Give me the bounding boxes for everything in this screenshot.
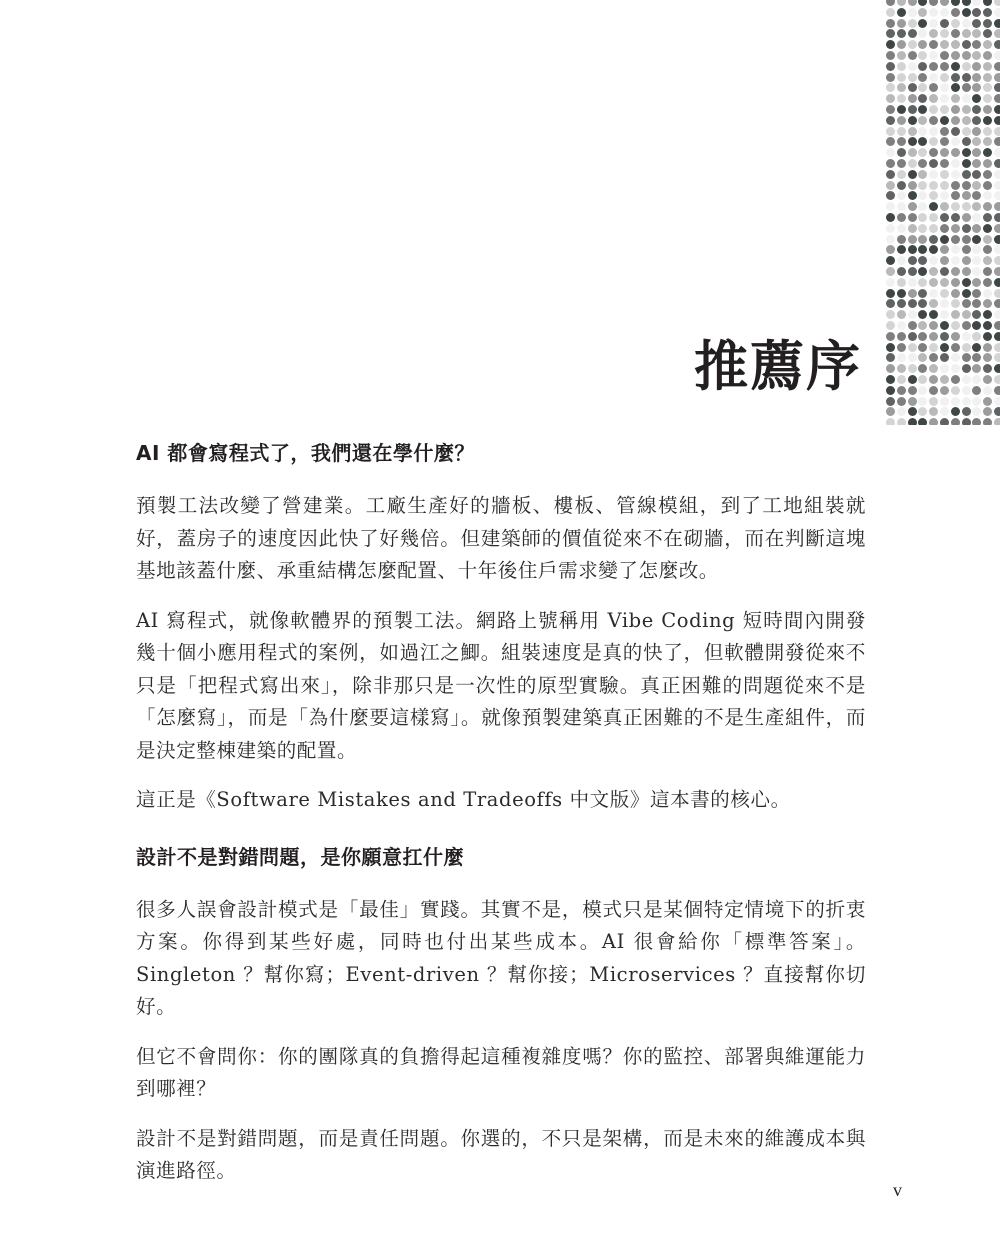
dot xyxy=(940,245,949,254)
dot xyxy=(918,94,927,103)
dot xyxy=(918,170,927,179)
dot xyxy=(897,8,906,17)
dot xyxy=(994,224,1000,233)
dot xyxy=(972,83,981,92)
dot xyxy=(918,181,927,190)
dot xyxy=(908,127,917,136)
dot xyxy=(972,148,981,157)
dot xyxy=(908,321,917,330)
dot xyxy=(951,83,960,92)
dot xyxy=(983,235,992,244)
dot xyxy=(886,116,895,125)
dot xyxy=(929,116,938,125)
dot xyxy=(983,375,992,384)
dot xyxy=(886,213,895,222)
dot xyxy=(962,224,971,233)
dot xyxy=(972,19,981,28)
dot xyxy=(994,278,1000,287)
dot xyxy=(908,397,917,406)
dot xyxy=(994,116,1000,125)
dot xyxy=(994,299,1000,308)
dot xyxy=(962,116,971,125)
dot xyxy=(908,375,917,384)
dot xyxy=(994,386,1000,395)
dot xyxy=(962,181,971,190)
dot xyxy=(994,202,1000,211)
dot xyxy=(983,418,992,425)
dot xyxy=(983,343,992,352)
dot xyxy=(951,40,960,49)
dot xyxy=(951,148,960,157)
dot xyxy=(929,375,938,384)
dot xyxy=(918,40,927,49)
dot xyxy=(929,127,938,136)
dot xyxy=(951,62,960,71)
dot xyxy=(886,0,895,6)
dot xyxy=(886,51,895,60)
dot xyxy=(951,235,960,244)
page-number: v xyxy=(893,1180,902,1201)
paragraph: 但它不會問你：你的團隊真的負擔得起這種複雜度嗎？你的監控、部署與維運能力到哪裡？ xyxy=(136,1041,866,1106)
dot xyxy=(929,353,938,362)
dot xyxy=(918,299,927,308)
dot xyxy=(940,127,949,136)
dot xyxy=(962,73,971,82)
dot xyxy=(886,127,895,136)
dot xyxy=(886,181,895,190)
dot xyxy=(940,310,949,319)
dot xyxy=(886,256,895,265)
dot xyxy=(951,224,960,233)
dot xyxy=(929,310,938,319)
dot xyxy=(918,321,927,330)
dot xyxy=(886,148,895,157)
dot xyxy=(962,418,971,425)
dot xyxy=(962,51,971,60)
dot xyxy=(897,397,906,406)
dot xyxy=(983,202,992,211)
dot xyxy=(908,310,917,319)
dot xyxy=(886,202,895,211)
dot xyxy=(940,407,949,416)
dot xyxy=(929,202,938,211)
dot xyxy=(994,181,1000,190)
dot xyxy=(897,407,906,416)
dot xyxy=(994,407,1000,416)
section-divider xyxy=(136,834,866,842)
dot xyxy=(983,127,992,136)
dot xyxy=(929,245,938,254)
dot xyxy=(994,213,1000,222)
dot xyxy=(886,19,895,28)
dot xyxy=(983,224,992,233)
dot xyxy=(908,353,917,362)
dot xyxy=(908,407,917,416)
dot xyxy=(929,170,938,179)
dot xyxy=(897,105,906,114)
dot xyxy=(983,29,992,38)
dot xyxy=(994,375,1000,384)
dot xyxy=(897,0,906,6)
dot xyxy=(983,310,992,319)
dot xyxy=(940,202,949,211)
dot xyxy=(918,364,927,373)
dot xyxy=(886,343,895,352)
dot xyxy=(972,0,981,6)
dot xyxy=(940,289,949,298)
dot xyxy=(962,19,971,28)
dot xyxy=(962,40,971,49)
dot xyxy=(951,321,960,330)
dot xyxy=(972,289,981,298)
dot xyxy=(897,299,906,308)
dot xyxy=(951,170,960,179)
dot xyxy=(918,116,927,125)
dot xyxy=(972,397,981,406)
dot xyxy=(972,170,981,179)
dot xyxy=(918,375,927,384)
dot xyxy=(994,148,1000,157)
dot xyxy=(962,407,971,416)
dot xyxy=(983,105,992,114)
dot xyxy=(897,62,906,71)
dot xyxy=(983,213,992,222)
dot xyxy=(886,224,895,233)
dot xyxy=(918,397,927,406)
dot xyxy=(983,407,992,416)
dot xyxy=(908,181,917,190)
dot xyxy=(897,40,906,49)
dot xyxy=(918,51,927,60)
dot xyxy=(918,148,927,157)
dot xyxy=(897,343,906,352)
dot xyxy=(908,364,917,373)
dot xyxy=(929,73,938,82)
dot xyxy=(897,159,906,168)
dot xyxy=(908,170,917,179)
dot xyxy=(929,0,938,6)
dot xyxy=(897,235,906,244)
dot xyxy=(962,127,971,136)
dot xyxy=(886,278,895,287)
dot xyxy=(929,62,938,71)
dot xyxy=(972,353,981,362)
dot xyxy=(908,256,917,265)
dot xyxy=(994,418,1000,425)
dot xyxy=(897,148,906,157)
dot xyxy=(994,191,1000,200)
dot xyxy=(951,375,960,384)
dot xyxy=(886,397,895,406)
dot xyxy=(929,407,938,416)
dot xyxy=(951,191,960,200)
dot xyxy=(918,19,927,28)
dot xyxy=(918,407,927,416)
dot xyxy=(972,40,981,49)
dot xyxy=(929,105,938,114)
dot xyxy=(951,181,960,190)
dot xyxy=(962,386,971,395)
dot xyxy=(908,83,917,92)
dot xyxy=(940,321,949,330)
dot xyxy=(918,418,927,425)
dot xyxy=(929,289,938,298)
dot xyxy=(908,235,917,244)
dot xyxy=(897,310,906,319)
dot xyxy=(940,73,949,82)
dot xyxy=(972,310,981,319)
dot xyxy=(994,310,1000,319)
dot xyxy=(897,267,906,276)
dot xyxy=(940,181,949,190)
dot xyxy=(908,159,917,168)
dot xyxy=(908,137,917,146)
dot xyxy=(886,310,895,319)
dot xyxy=(929,8,938,17)
dot xyxy=(940,386,949,395)
dot xyxy=(994,267,1000,276)
dot xyxy=(972,386,981,395)
dot xyxy=(962,332,971,341)
dot xyxy=(886,386,895,395)
dot xyxy=(951,127,960,136)
dot xyxy=(972,332,981,341)
dot xyxy=(929,418,938,425)
dot xyxy=(918,62,927,71)
dot xyxy=(962,289,971,298)
dot xyxy=(983,397,992,406)
dot xyxy=(897,278,906,287)
page-content: AI 都會寫程式了，我們還在學什麼？ 預製工法改變了營建業。工廠生產好的牆板、樓… xyxy=(136,438,866,1205)
dot xyxy=(897,202,906,211)
dot xyxy=(886,105,895,114)
dot xyxy=(962,29,971,38)
dot xyxy=(940,397,949,406)
dot xyxy=(962,343,971,352)
dot xyxy=(983,116,992,125)
dot xyxy=(886,170,895,179)
dot xyxy=(951,137,960,146)
dot xyxy=(886,245,895,254)
dot xyxy=(951,202,960,211)
dot xyxy=(918,8,927,17)
dot xyxy=(994,73,1000,82)
dot xyxy=(972,343,981,352)
dot xyxy=(897,191,906,200)
dot xyxy=(972,224,981,233)
dot xyxy=(918,235,927,244)
dot xyxy=(962,137,971,146)
dot xyxy=(908,299,917,308)
dot xyxy=(983,191,992,200)
dot xyxy=(886,375,895,384)
dot xyxy=(951,407,960,416)
dot xyxy=(897,332,906,341)
chapter-title: 推薦序 xyxy=(694,340,862,394)
dot xyxy=(951,386,960,395)
dot xyxy=(994,343,1000,352)
dot xyxy=(962,245,971,254)
dot xyxy=(940,418,949,425)
dot xyxy=(897,51,906,60)
dot xyxy=(940,170,949,179)
dot xyxy=(983,353,992,362)
dot xyxy=(972,181,981,190)
dot xyxy=(972,256,981,265)
dot xyxy=(929,29,938,38)
dot xyxy=(972,418,981,425)
dot xyxy=(886,62,895,71)
dot xyxy=(962,8,971,17)
dot xyxy=(962,278,971,287)
dot xyxy=(908,386,917,395)
dot xyxy=(972,321,981,330)
dot xyxy=(962,256,971,265)
dot xyxy=(886,332,895,341)
dot xyxy=(940,8,949,17)
dot xyxy=(929,213,938,222)
dot xyxy=(951,73,960,82)
dot xyxy=(918,83,927,92)
dot xyxy=(908,332,917,341)
dot xyxy=(886,267,895,276)
dot xyxy=(940,0,949,6)
dot xyxy=(929,235,938,244)
dot xyxy=(929,321,938,330)
dot xyxy=(983,245,992,254)
dot xyxy=(918,245,927,254)
dot xyxy=(940,235,949,244)
dot xyxy=(940,83,949,92)
dot xyxy=(929,278,938,287)
dot xyxy=(951,94,960,103)
dot xyxy=(962,191,971,200)
dot xyxy=(951,245,960,254)
dot xyxy=(972,191,981,200)
dot xyxy=(962,94,971,103)
dot xyxy=(918,289,927,298)
dot xyxy=(940,364,949,373)
dot xyxy=(908,8,917,17)
dot xyxy=(983,83,992,92)
section-design-tradeoffs: 設計不是對錯問題，是你願意扛什麼 很多人誤會設計模式是「最佳」實踐。其實不是，模… xyxy=(136,842,866,1188)
dot xyxy=(972,407,981,416)
dot xyxy=(940,224,949,233)
dot xyxy=(951,19,960,28)
dot xyxy=(918,29,927,38)
dot xyxy=(897,181,906,190)
dot xyxy=(940,19,949,28)
dot xyxy=(951,0,960,6)
dot xyxy=(908,289,917,298)
dot xyxy=(918,137,927,146)
dot xyxy=(908,62,917,71)
dot xyxy=(897,289,906,298)
dot xyxy=(940,105,949,114)
dot xyxy=(908,191,917,200)
dot xyxy=(929,343,938,352)
dot xyxy=(972,137,981,146)
dot xyxy=(972,213,981,222)
dot xyxy=(962,321,971,330)
dot xyxy=(908,213,917,222)
paragraph: 這正是《Software Mistakes and Tradeoffs 中文版》… xyxy=(136,784,866,817)
dot xyxy=(897,94,906,103)
dot xyxy=(983,148,992,157)
dot xyxy=(951,29,960,38)
dot xyxy=(929,397,938,406)
dot xyxy=(908,94,917,103)
dot xyxy=(897,137,906,146)
dot xyxy=(962,310,971,319)
dot xyxy=(983,321,992,330)
dot xyxy=(908,116,917,125)
dot xyxy=(983,62,992,71)
dot xyxy=(994,94,1000,103)
dot xyxy=(983,332,992,341)
dot xyxy=(929,256,938,265)
dot xyxy=(940,51,949,60)
dot xyxy=(886,83,895,92)
dot xyxy=(962,299,971,308)
dot xyxy=(929,148,938,157)
dot xyxy=(983,19,992,28)
dot xyxy=(972,29,981,38)
dot xyxy=(886,353,895,362)
dot xyxy=(983,299,992,308)
dot xyxy=(983,289,992,298)
dot xyxy=(918,105,927,114)
dot xyxy=(897,256,906,265)
dot xyxy=(940,116,949,125)
dot xyxy=(908,224,917,233)
dot xyxy=(994,83,1000,92)
dot xyxy=(897,224,906,233)
dot xyxy=(994,235,1000,244)
dot xyxy=(940,256,949,265)
dot xyxy=(940,159,949,168)
dot xyxy=(951,8,960,17)
dot xyxy=(994,137,1000,146)
dot xyxy=(983,51,992,60)
section-ai-writing-code: AI 都會寫程式了，我們還在學什麼？ 預製工法改變了營建業。工廠生產好的牆板、樓… xyxy=(136,438,866,817)
dot xyxy=(951,299,960,308)
dot xyxy=(897,19,906,28)
dot xyxy=(940,137,949,146)
dot xyxy=(972,94,981,103)
dot xyxy=(994,62,1000,71)
dot xyxy=(994,19,1000,28)
dot xyxy=(897,364,906,373)
dot xyxy=(983,94,992,103)
dot xyxy=(994,51,1000,60)
dot xyxy=(940,62,949,71)
dot xyxy=(972,278,981,287)
dot xyxy=(929,137,938,146)
dot xyxy=(908,148,917,157)
dot xyxy=(951,116,960,125)
dot xyxy=(929,224,938,233)
dot xyxy=(972,364,981,373)
dot xyxy=(886,299,895,308)
dot xyxy=(983,386,992,395)
dot xyxy=(994,0,1000,6)
dot xyxy=(962,148,971,157)
dot xyxy=(940,353,949,362)
dot xyxy=(886,94,895,103)
dot xyxy=(897,245,906,254)
paragraph: 很多人誤會設計模式是「最佳」實踐。其實不是，模式只是某個特定情境下的折衷方案。你… xyxy=(136,894,866,1024)
